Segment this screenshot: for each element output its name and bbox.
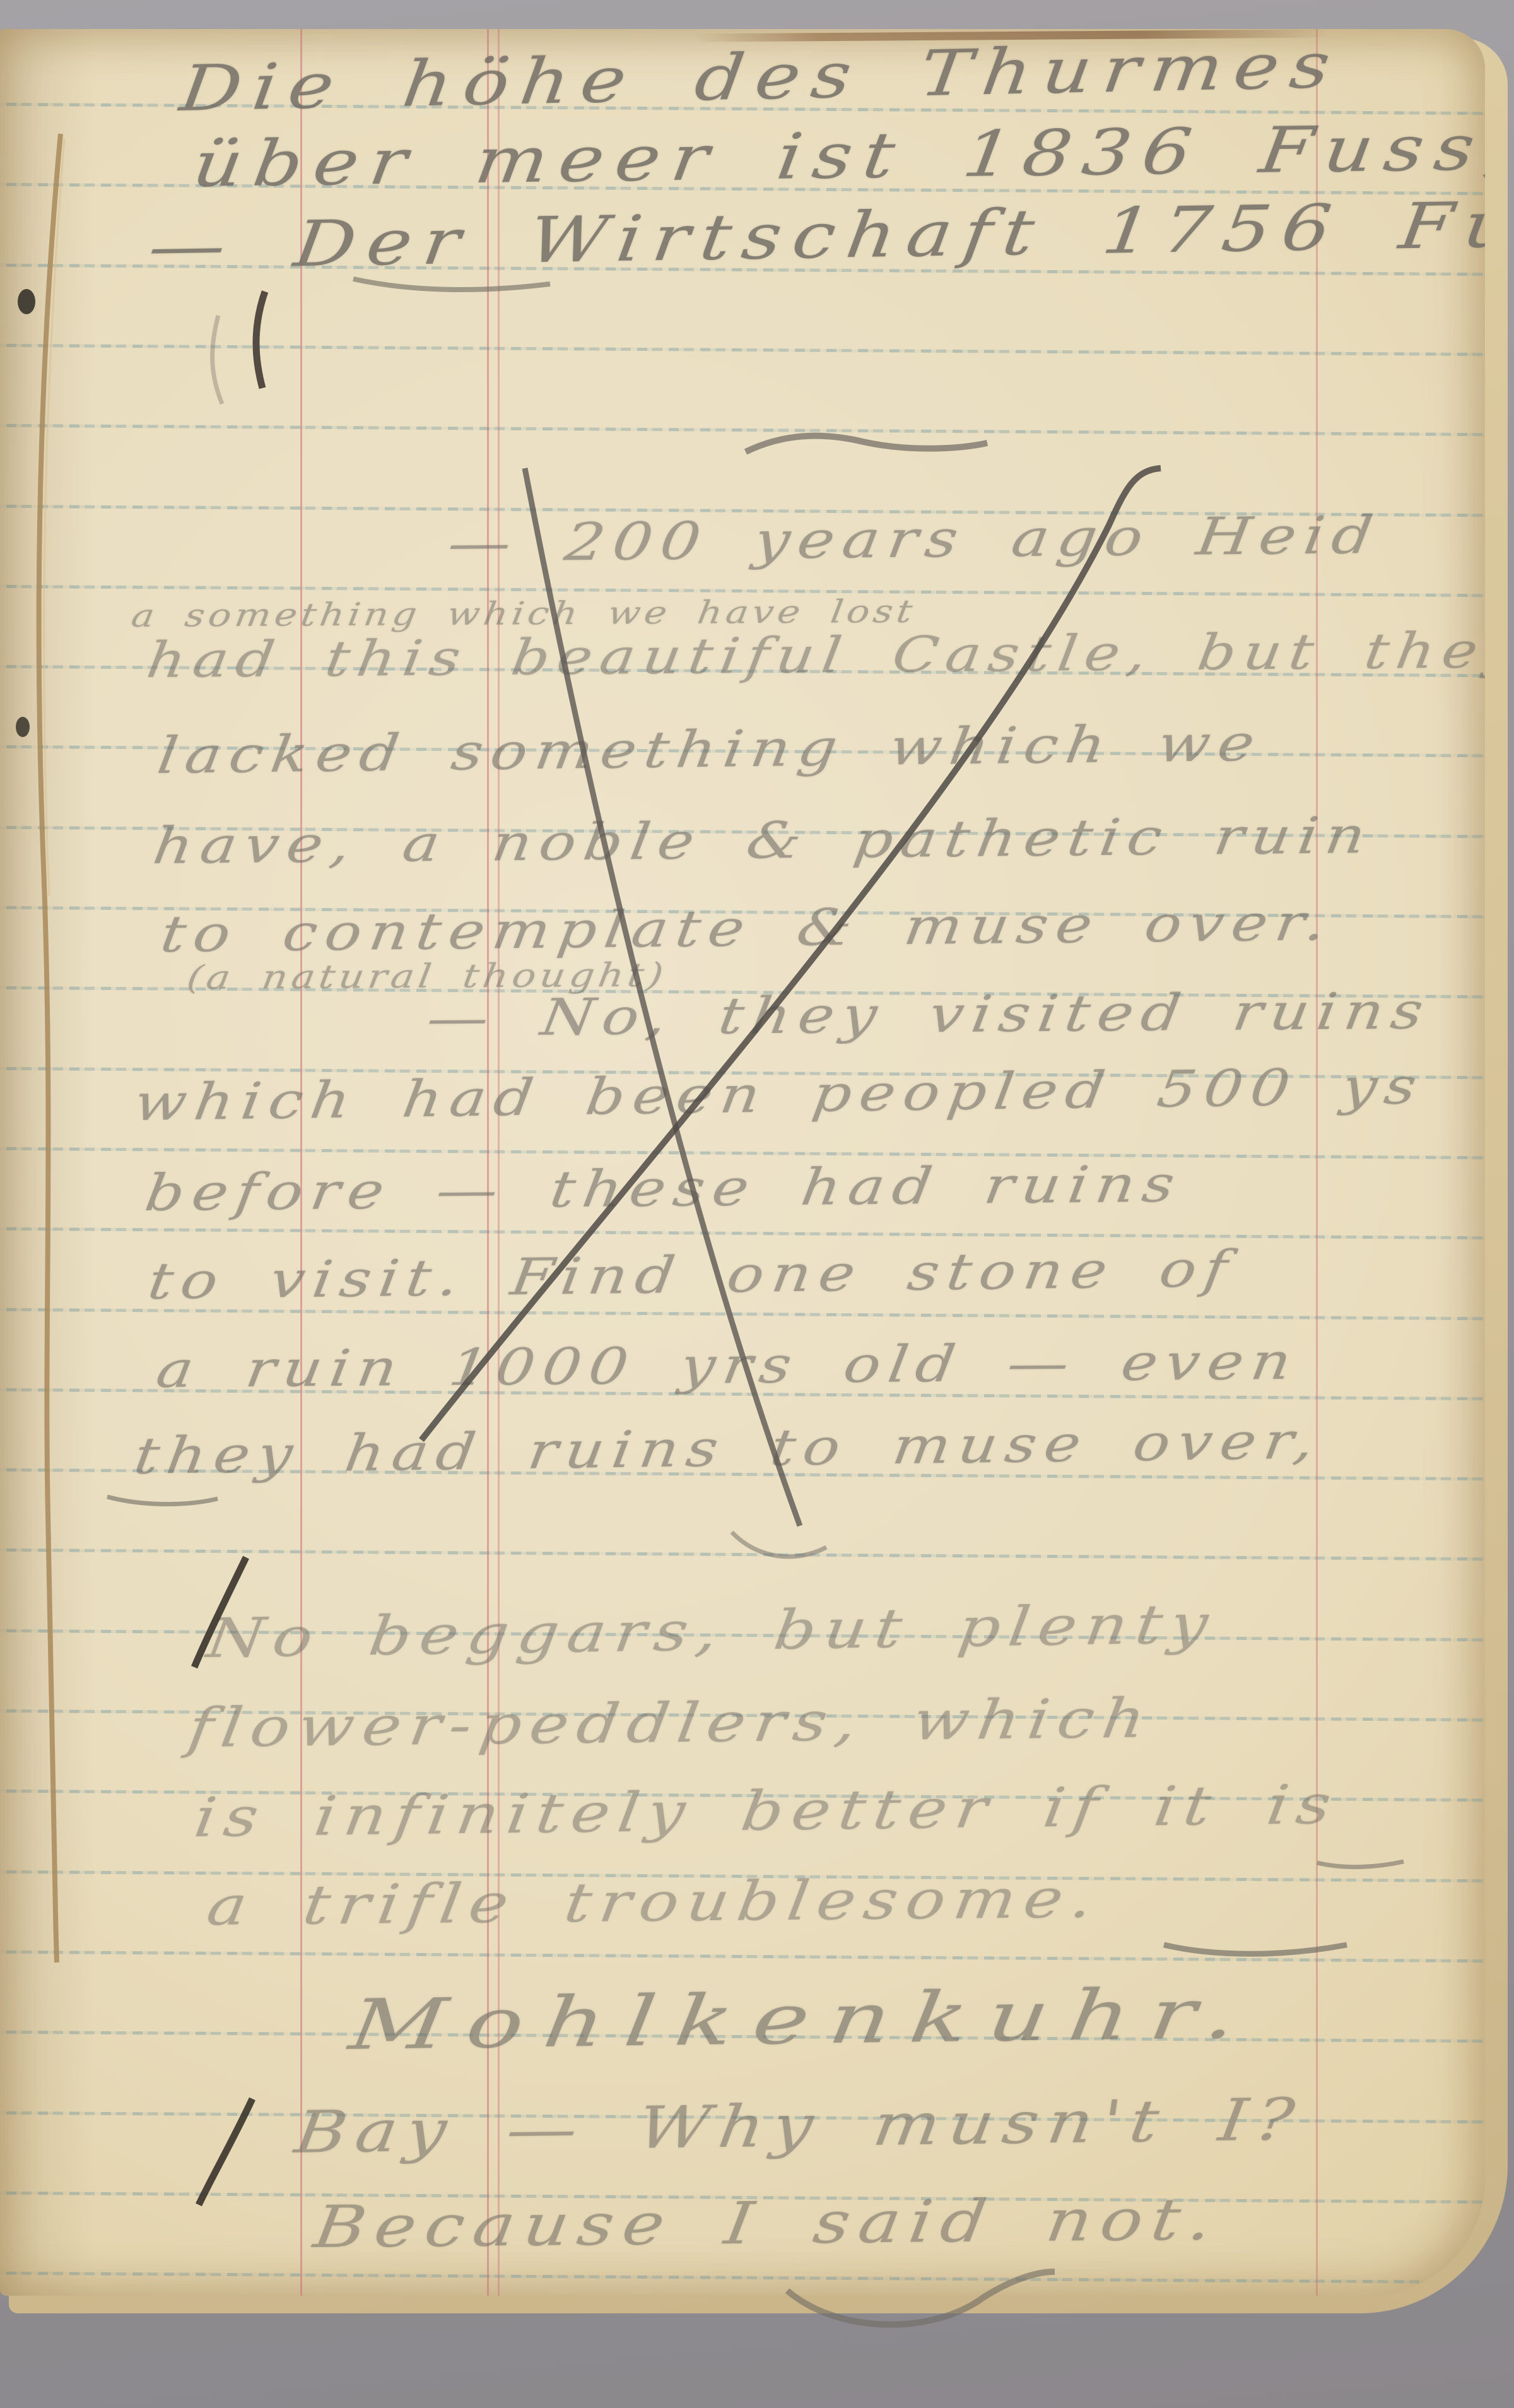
- handwritten-line: lacked something which we: [155, 718, 1265, 781]
- ruled-line: [0, 1147, 1485, 1159]
- handwritten-line: they had ruins to muse over,: [131, 1415, 1325, 1482]
- handwritten-line: — No, they visited ruins: [424, 986, 1434, 1044]
- ruled-line: [0, 343, 1485, 356]
- handwritten-line: is infinitely better if it is: [191, 1778, 1342, 1845]
- handwritten-line: before — these had ruins: [142, 1159, 1185, 1219]
- handwritten-line-german-1: Die höhe des Thurmes: [177, 34, 1345, 121]
- handwritten-line: to visit. Find one stone of: [145, 1244, 1238, 1307]
- handwritten-place-name: Mohlkenkuhr.: [346, 1978, 1261, 2060]
- ruled-line: [0, 1549, 1485, 1561]
- ruled-line: [0, 2272, 1485, 2284]
- handwritten-line: have, a noble & pathetic ruin: [150, 810, 1376, 871]
- ruled-line: [0, 1227, 1485, 1240]
- margin-line-right: [1316, 29, 1318, 2296]
- ruled-line: [0, 1950, 1485, 1962]
- handwritten-line: No beggars, but plenty: [204, 1597, 1219, 1666]
- handwritten-line: — 200 years ago Heid: [445, 510, 1384, 570]
- handwritten-line: to contemplate & muse over.: [158, 897, 1337, 960]
- notebook-page: Die höhe des Thurmes über meer ist 1836 …: [0, 29, 1485, 2296]
- handwritten-line: a ruin 1000 yrs old — even: [153, 1337, 1302, 1395]
- handwritten-line-german-3: — Der Wirtschaft 1756 Fuss: [145, 192, 1485, 278]
- handwritten-line: Because I said not.: [310, 2190, 1224, 2257]
- handwritten-line: had this beautiful Castle, but they: [144, 626, 1485, 685]
- handwritten-line: which had been peopled 500 ys: [131, 1061, 1428, 1128]
- handwritten-line: flower-peddlers, which: [185, 1691, 1157, 1756]
- binding-crease-shadow: [0, 29, 95, 2296]
- handwritten-line-german-2: über meer ist 1836 Fuss,: [189, 116, 1485, 196]
- handwritten-line: a trifle troublesome.: [204, 1872, 1105, 1933]
- interlined-insertion: a something which we have lost: [129, 596, 918, 632]
- ruled-line: [0, 424, 1485, 437]
- handwritten-line: Bay — Why musn't I?: [291, 2091, 1306, 2162]
- scanned-notebook-page: Die höhe des Thurmes über meer ist 1836 …: [0, 0, 1514, 2408]
